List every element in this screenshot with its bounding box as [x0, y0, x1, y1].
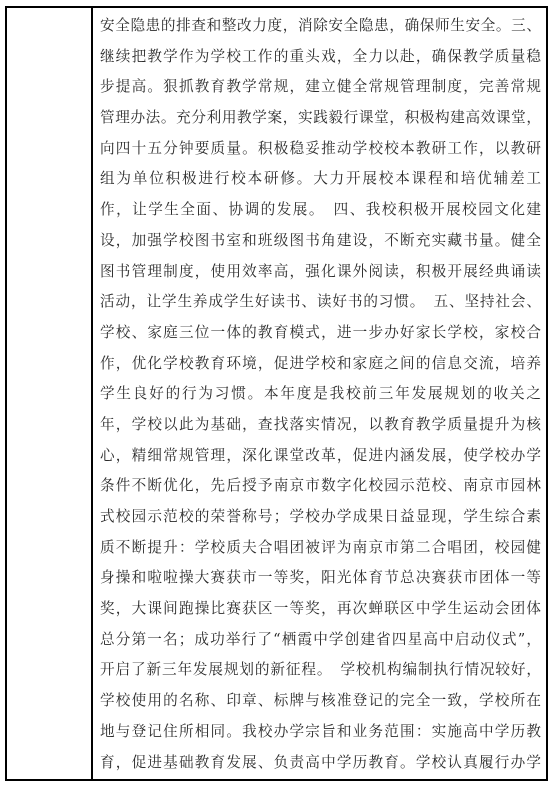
text-line: 心，精细常规管理，深化课堂改革，促进内涵发展，使学校办学 [100, 441, 541, 472]
text-line: 育，促进基础教育发展、负责高中学历教育。学校认真履行办学 [100, 748, 541, 779]
text-line: 年，学校以此为基础，查找落实情况，以教育教学质量提升为核 [100, 410, 541, 441]
text-line: 步提高。狠抓教育教学常规，建立健全常规管理制度，完善常规 [100, 72, 541, 103]
text-line: 活动，让学生养成学生好读书、读好书的习惯。 五、坚持社会、 [100, 287, 541, 318]
paragraph-text: 安全隐患的排查和整改力度，消除安全隐患，确保师生安全。三、继续把教学作为学校工作… [100, 11, 541, 778]
text-line: 奖，大课间跑操比赛获区一等奖，再次蝉联区中学生运动会团体 [100, 594, 541, 625]
text-line: 质不断提升：学校质夫合唱团被评为南京市第二合唱团，校园健 [100, 533, 541, 564]
text-line: 设，加强学校图书室和班级图书角建设，不断充实藏书量。健全 [100, 226, 541, 257]
text-line: 身操和啦啦操大赛获市一等奖，阳光体育节总决赛获市团体一等 [100, 563, 541, 594]
text-line: 管理办法。充分利用教学案，实践毅行课堂，积极构建高效课堂， [100, 103, 541, 134]
content-table: 安全隐患的排查和整改力度，消除安全隐患，确保师生安全。三、继续把教学作为学校工作… [5, 6, 548, 781]
text-line: 组为单位积极进行校本研修。大力开展校本课程和培优辅差工 [100, 164, 541, 195]
text-line: 作，优化学校教育环境，促进学校和家庭之间的信息交流，培养 [100, 349, 541, 380]
text-line: 图书管理制度，使用效率高，强化课外阅读，积极开展经典诵读 [100, 257, 541, 288]
text-line: 条件不断优化，先后授予南京市数字化校园示范校、南京市园林 [100, 471, 541, 502]
text-line: 总分第一名；成功举行了“栖霞中学创建省四星高中启动仪式”， [100, 625, 541, 656]
table-left-cell [7, 8, 93, 779]
table-right-cell: 安全隐患的排查和整改力度，消除安全隐患，确保师生安全。三、继续把教学作为学校工作… [93, 8, 546, 779]
text-line: 学校使用的名称、印章、标牌与核准登记的完全一致，学校所在 [100, 686, 541, 717]
text-line: 继续把教学作为学校工作的重头戏，全力以赴，确保教学质量稳 [100, 42, 541, 73]
text-line: 作，让学生全面、协调的发展。 四、我校积极开展校园文化建 [100, 195, 541, 226]
text-line: 式校园示范校的荣誉称号；学校办学成果日益显现，学生综合素 [100, 502, 541, 533]
text-line: 开启了新三年发展规划的新征程。 学校机构编制执行情况较好， [100, 655, 541, 686]
text-line: 学校、家庭三位一体的教育模式，进一步办好家长学校，家校合 [100, 318, 541, 349]
text-line: 向四十五分钟要质量。积极稳妥推动学校校本教研工作，以教研 [100, 134, 541, 165]
text-line: 地与登记住所相同。我校办学宗旨和业务范围：实施高中学历教 [100, 717, 541, 748]
text-line: 学生良好的行为习惯。本年度是我校前三年发展规划的收关之 [100, 379, 541, 410]
text-line: 安全隐患的排查和整改力度，消除安全隐患，确保师生安全。三、 [100, 11, 541, 42]
